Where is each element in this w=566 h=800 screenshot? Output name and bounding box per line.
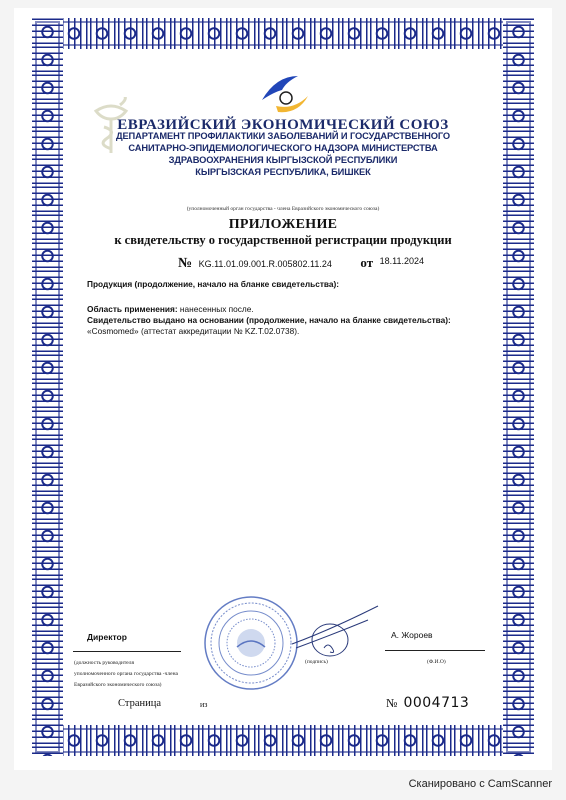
camscanner-watermark: Сканировано с CamScanner [409, 778, 552, 790]
scope-value: нанесенных после. [178, 304, 254, 314]
department-line: САНИТАРНО-ЭПИДЕМИОЛОГИЧЕСКОГО НАДЗОРА МИ… [0, 143, 566, 153]
position-caption: Евразийского экономического союза) [74, 682, 161, 688]
department-line: ЗДРАВООХРАНЕНИЯ КЫРГЫЗСКОЙ РЕСПУБЛИКИ [0, 155, 566, 165]
scope-line: Область применения: нанесенных после. [87, 304, 254, 314]
serial-value: 0004713 [403, 695, 469, 711]
basis-label: Свидетельство выдано на основании (продо… [87, 315, 451, 325]
registration-number: KG.11.01.09.001.R.005802.11.24 [199, 259, 332, 269]
department-line: КЫРГЫЗСКАЯ РЕСПУБЛИКА, БИШКЕК [0, 167, 566, 177]
basis-value: «Cosmomed» (аттестат аккредитации № KZ.T… [87, 326, 299, 336]
name-caption: (Ф.И.О) [427, 659, 446, 665]
position-caption: уполномоченного органа государства -член… [74, 671, 178, 677]
registration-date: 18.11.2024 [380, 256, 424, 266]
position-caption: (должность руководителя [74, 660, 134, 666]
signer-position: Директор [87, 632, 127, 642]
page-label: Страница [118, 698, 161, 709]
product-label: Продукция (продолжение, начало на бланке… [87, 279, 339, 289]
date-prefix: от [360, 255, 373, 270]
registration-line: № KG.11.01.09.001.R.005802.11.24 от 18.1… [178, 255, 424, 272]
page-of-label: из [200, 700, 207, 709]
signature-caption: (подпись) [305, 659, 328, 665]
ornament-border-top [32, 18, 534, 49]
ornament-border-bottom [32, 725, 534, 756]
department-line: ДЕПАРТАМЕНТ ПРОФИЛАКТИКИ ЗАБОЛЕВАНИЙ И Г… [0, 131, 566, 141]
signer-name: А. Жороев [391, 630, 433, 640]
serial-symbol: № [386, 696, 397, 710]
number-symbol: № [178, 256, 192, 271]
name-line [385, 650, 485, 651]
serial-number: №0004713 [386, 694, 469, 711]
document-subtitle: к свидетельству о государственной регист… [0, 233, 566, 248]
scope-label: Область применения: [87, 304, 178, 314]
position-line [73, 651, 181, 652]
eaeu-logo-icon [258, 74, 310, 114]
document-title: ПРИЛОЖЕНИЕ [0, 217, 566, 233]
official-seal-stamp [203, 595, 299, 691]
authority-note: (уполномоченный орган государства - член… [0, 206, 566, 212]
signature [290, 600, 380, 670]
